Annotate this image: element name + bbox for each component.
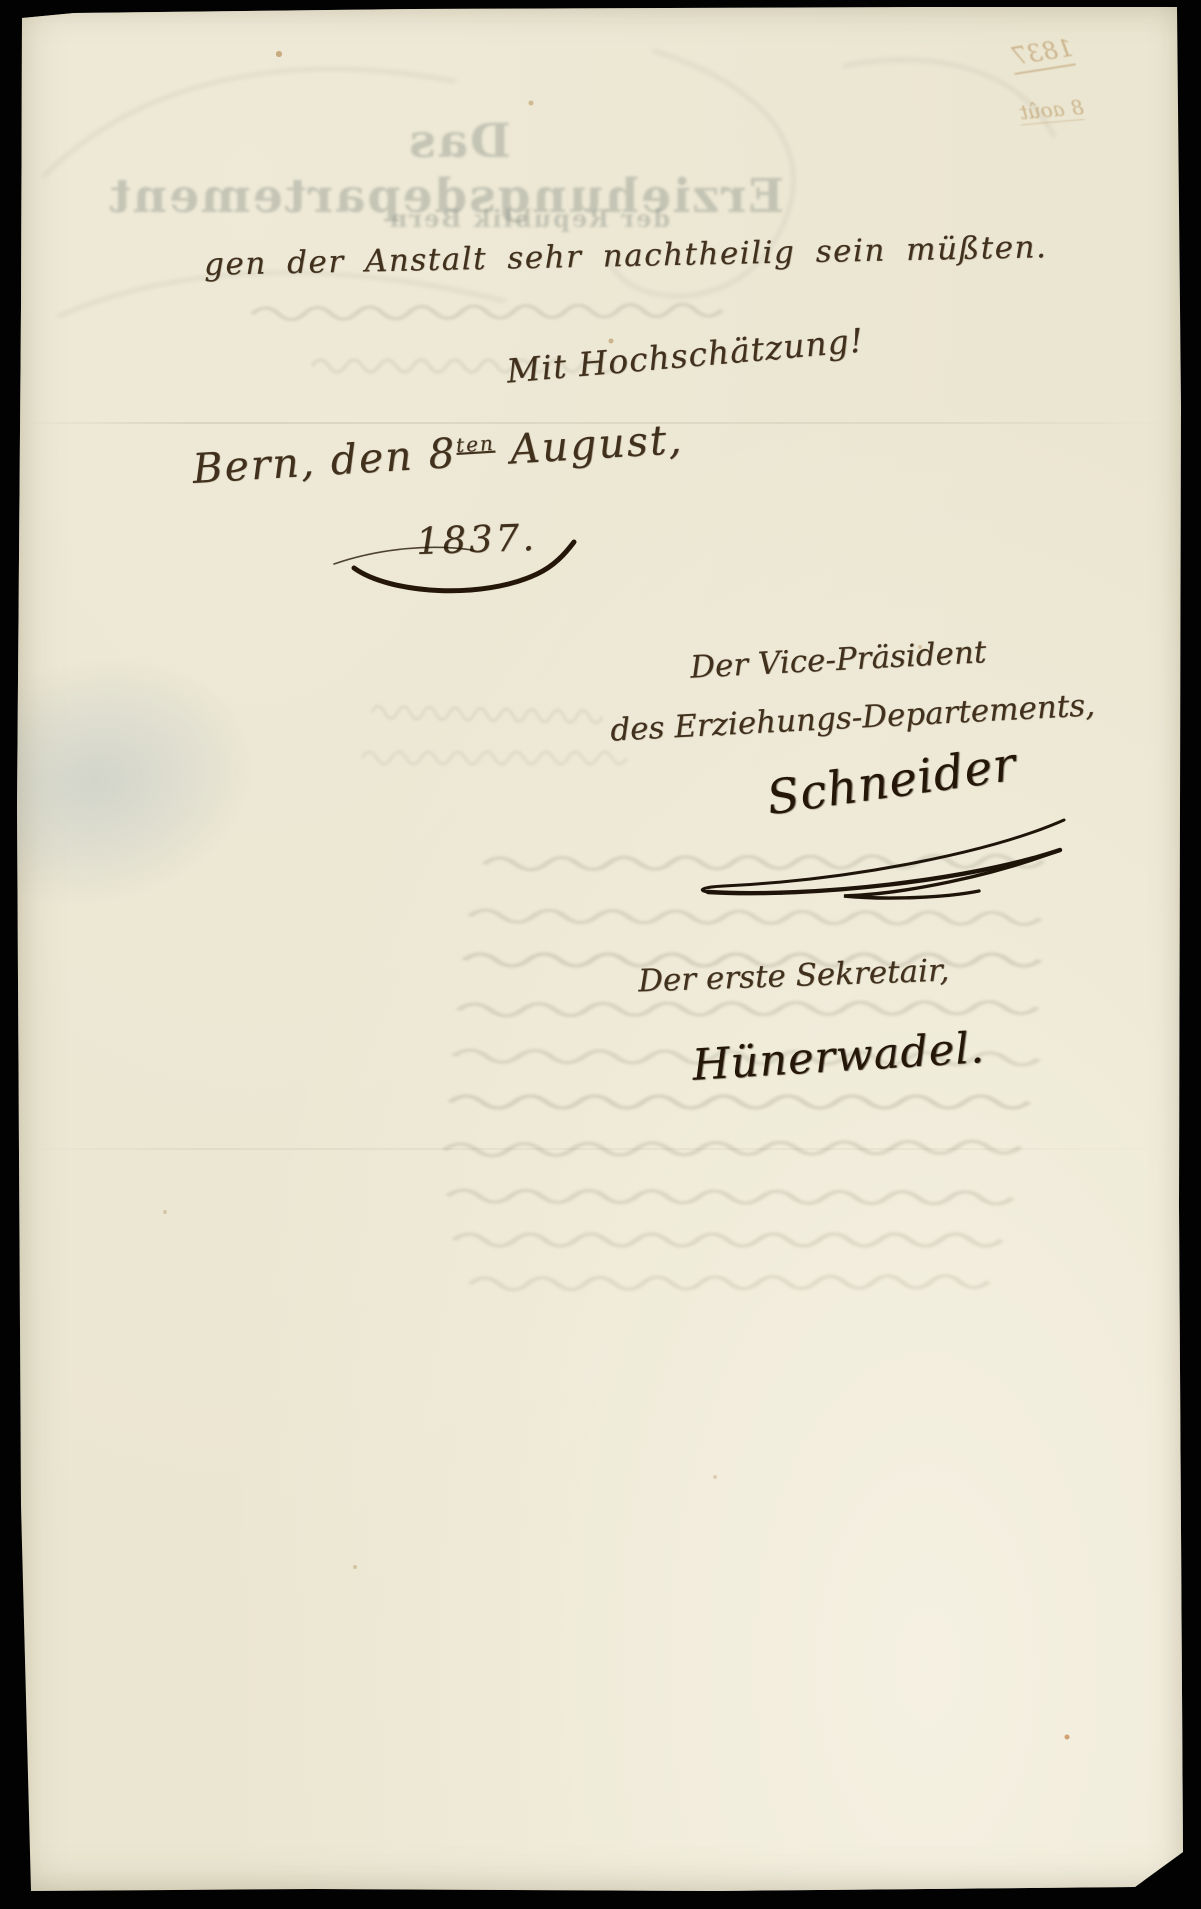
dateline-year: 1837.	[415, 516, 537, 563]
year-underline-flourish	[332, 532, 582, 602]
scanned-letter-page: { "meta": { "description": "Scanned hand…	[0, 0, 1201, 1909]
secretary-title: Der erste Sekretair,	[637, 953, 949, 1000]
signatory-title-line2: des Erziehungs-Departements,	[609, 687, 1095, 748]
ghost-letterhead-line1: Das Erziehungsdepartement	[134, 114, 784, 224]
blue-stain	[0, 630, 276, 925]
president-signature: Schneider	[763, 737, 1019, 826]
archival-date-note: 1837 8 août	[976, 28, 1118, 132]
dateline-prefix: Bern, den 8	[191, 429, 458, 493]
fold-crease-lower	[22, 1148, 1172, 1150]
signatory-title-line1: Der Vice-Präsident	[689, 634, 987, 685]
place-dateline: Bern, den 8ten August,	[191, 415, 685, 493]
letter-body-fragment: gen der Anstalt sehr nachtheilig sein mü…	[204, 229, 1048, 283]
ghost-letterhead-line2: der Republik Bern	[344, 204, 714, 233]
dateline-ordinal-superscript: ten	[455, 431, 495, 457]
foxing-speckles	[14, 6, 16, 8]
archival-date-french: 8 août	[1019, 95, 1085, 125]
ghost-handwriting-lines	[14, 6, 1184, 1892]
letter-paper-sheet: Das Erziehungsdepartement der Republik B…	[14, 6, 1184, 1892]
archival-year: 1837	[1010, 34, 1075, 75]
fold-crease-upper	[22, 422, 1172, 424]
secretary-signature: Hünerwadel.	[691, 1023, 986, 1091]
closing-salutation: Mit Hochschätzung!	[505, 320, 865, 390]
signature-paraph-flourish	[692, 812, 1087, 912]
